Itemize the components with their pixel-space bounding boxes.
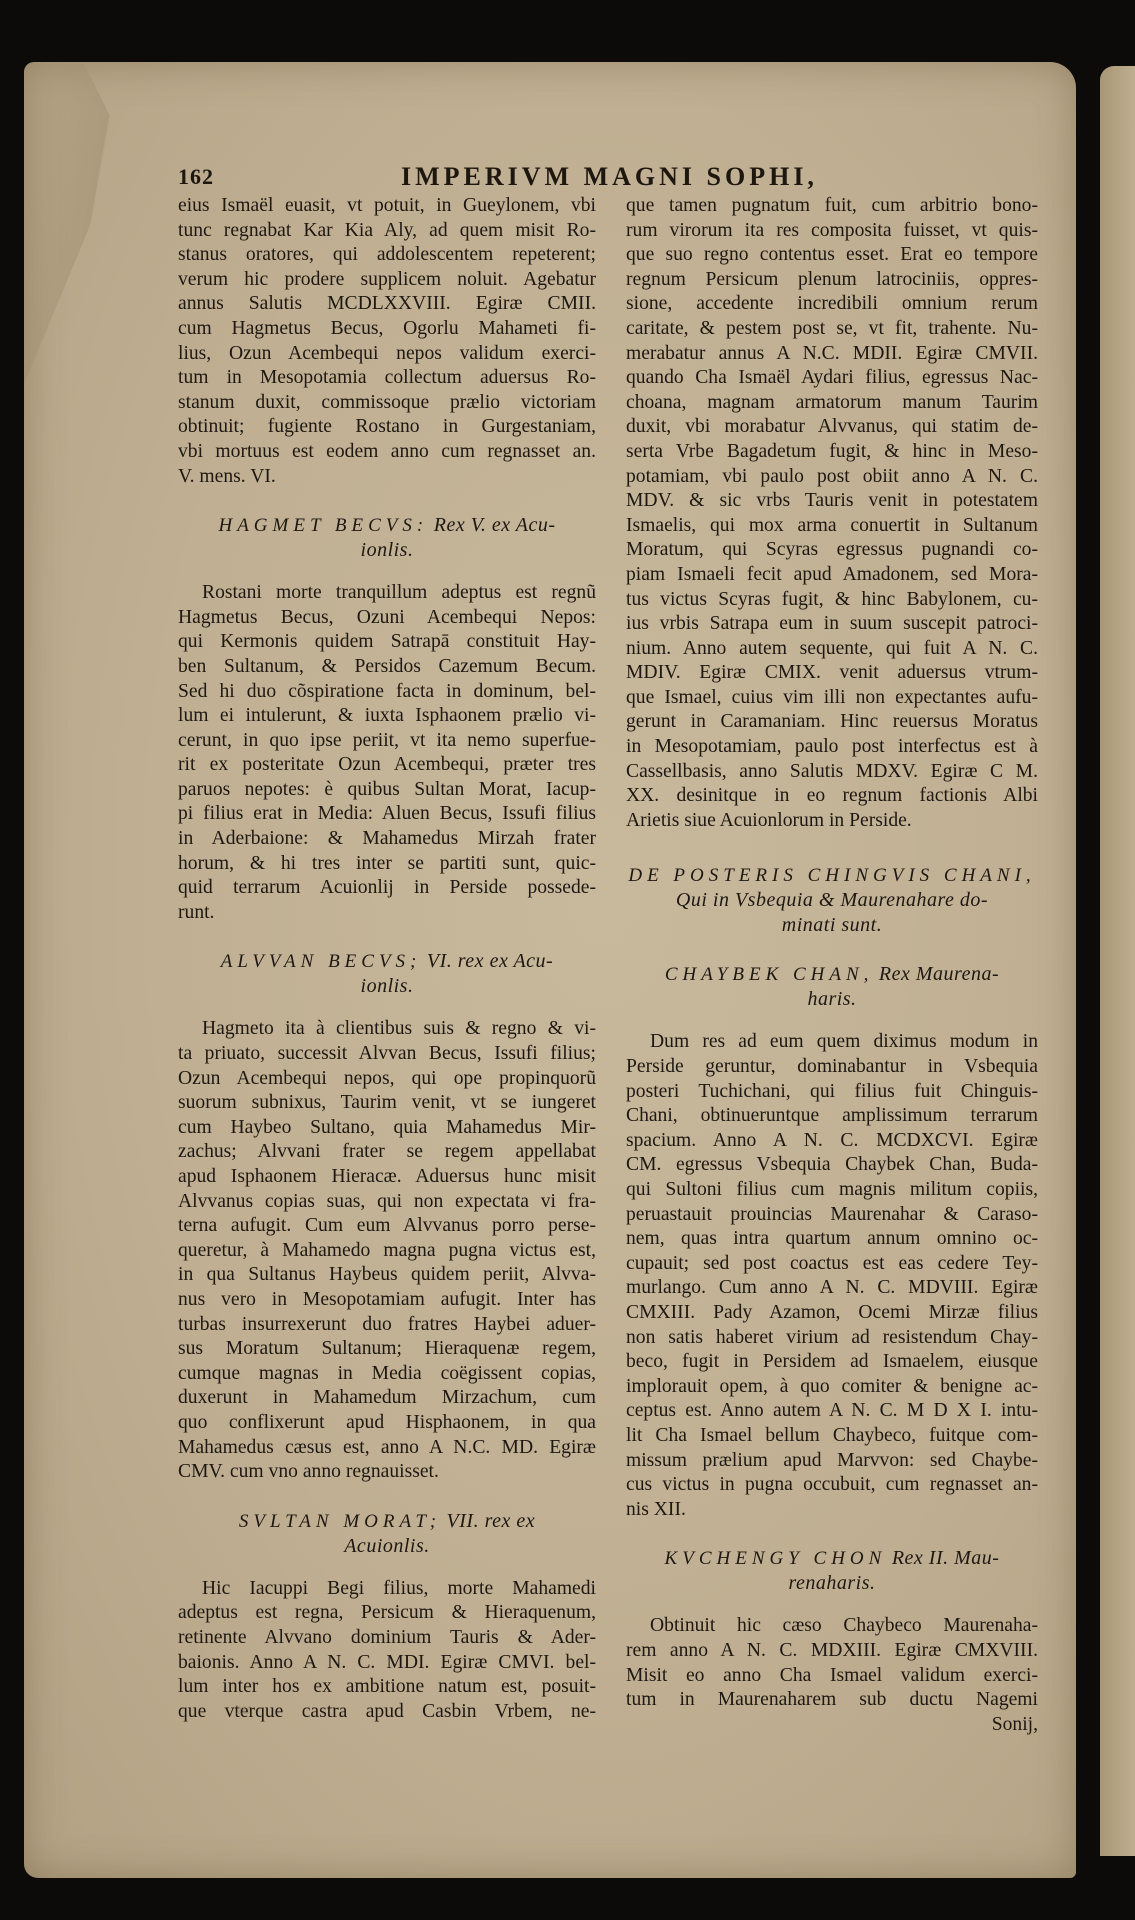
text-line: Perside geruntur, dominabantur in Vsbequ… bbox=[626, 1055, 1038, 1080]
text-line: ceptus est. Anno autem A N. C. M D X I. … bbox=[626, 1399, 1038, 1424]
text-line: Hagmeto ita à clientibus suis & regno & … bbox=[178, 1017, 596, 1042]
text-line: lit Cha Ismael bellum Chaybeco, fuitque … bbox=[626, 1424, 1038, 1449]
paragraph: eius Ismaël euasit, vt potuit, in Gueylo… bbox=[178, 194, 596, 489]
paragraph: Hagmeto ita à clientibus suis & regno & … bbox=[178, 1017, 596, 1484]
text-line: duxit, vbi morabatur Alvvanus, qui stati… bbox=[626, 415, 1038, 440]
text-line: que tamen pugnatum fuit, cum arbitrio bo… bbox=[626, 194, 1038, 219]
paragraph: Obtinuit hic cæso Chaybeco Maurenaha-rem… bbox=[626, 1614, 1038, 1712]
text-line: caritate, & pestem post se, vt fit, trah… bbox=[626, 317, 1038, 342]
text-line: potamiam, vbi paulo post obiit anno A N.… bbox=[626, 465, 1038, 490]
text-line: Misit eo anno Cha Ismael validum exerci- bbox=[626, 1664, 1038, 1689]
text-line: ius vrbis Satrapa eum in suum suscepit p… bbox=[626, 612, 1038, 637]
text-line: murlango. Cum anno A N. C. MDVIII. Egiræ bbox=[626, 1276, 1038, 1301]
text-line: regnum Persicum plenum latrociniis, oppr… bbox=[626, 268, 1038, 293]
text-line: quando Cha Ismaël Aydari filius, egressu… bbox=[626, 366, 1038, 391]
text-line: Hic Iacuppi Begi filius, morte Mahamedi bbox=[178, 1577, 596, 1602]
text-line: stanum duxit, commissoque prælio victori… bbox=[178, 391, 596, 416]
section-heading: HAGMET BECVS: Rex V. ex Acu- ionlis. bbox=[178, 513, 596, 563]
text-line: qui Sultoni filius cum magnis militum co… bbox=[626, 1178, 1038, 1203]
text-line: duxerunt in Mahamedum Mirzachum, cum bbox=[178, 1386, 596, 1411]
text-line: posteri Tuchichani, qui filius fuit Chin… bbox=[626, 1080, 1038, 1105]
text-line: V. mens. VI. bbox=[178, 465, 596, 490]
text-line: Moratum, qui Scyras egressus pugnandi co… bbox=[626, 538, 1038, 563]
text-line: Alvvanus copias suas, qui non expectata … bbox=[178, 1190, 596, 1215]
text-line: CM. egressus Vsbequia Chaybek Chan, Buda… bbox=[626, 1153, 1038, 1178]
section-heading: KVCHENGY CHON Rex II. Mau- renaharis. bbox=[626, 1546, 1038, 1596]
text-line: piam Ismaeli fecit apud Amadonem, sed Mo… bbox=[626, 563, 1038, 588]
text-line: ben Sultanum, & Persidos Cazemum Becum. bbox=[178, 655, 596, 680]
text-line: nis XII. bbox=[626, 1498, 1038, 1523]
text-line: MDIV. Egiræ CMIX. venit aduersus vtrum- bbox=[626, 661, 1038, 686]
text-line: rit ex posteritate Ozun Acembequi, præte… bbox=[178, 753, 596, 778]
running-title: IMPERIVM MAGNI SOPHI, bbox=[401, 162, 818, 192]
text-line: CMXIII. Pady Azamon, Ocemi Mirzæ filius bbox=[626, 1301, 1038, 1326]
text-line: turbas insurrexerunt duo fratres Haybei … bbox=[178, 1313, 596, 1338]
text-line: que suo regno contentus esset. Erat eo t… bbox=[626, 243, 1038, 268]
text-line: lius, Ozun Acembequi nepos validum exerc… bbox=[178, 342, 596, 367]
text-line: vbi mortuus est eodem anno cum regnasset… bbox=[178, 440, 596, 465]
text-line: adeptus est regna, Persicum & Hieraquenu… bbox=[178, 1601, 596, 1626]
text-line: suorum subnixus, Taurim venit, vt se iun… bbox=[178, 1091, 596, 1116]
text-line: Obtinuit hic cæso Chaybeco Maurenaha- bbox=[626, 1614, 1038, 1639]
text-line: eius Ismaël euasit, vt potuit, in Gueylo… bbox=[178, 194, 596, 219]
text-line: merabatur annus A N.C. MDII. Egiræ CMVII… bbox=[626, 342, 1038, 367]
text-line: missum prælium apud Marvvon: sed Chaybe- bbox=[626, 1449, 1038, 1474]
text-line: pi filius erat in Media: Aluen Becus, Is… bbox=[178, 802, 596, 827]
chapter-heading: DE POSTERIS CHINGVIS CHANI, Qui in Vsbeq… bbox=[626, 863, 1038, 938]
text-line: in Aderbaione: & Mahamedus Mirzah frater bbox=[178, 827, 596, 852]
text-line: beco, fugit in Persidem ad Ismaelem, eiu… bbox=[626, 1350, 1038, 1375]
text-line: cupauit; sed post coactus est eas cedere… bbox=[626, 1252, 1038, 1277]
text-line: Sed hi duo cõspiratione facta in dominum… bbox=[178, 680, 596, 705]
text-line: cerunt, in quo ipse periit, vt ita nemo … bbox=[178, 729, 596, 754]
text-line: queretur, à Mahamedo magna pugna victus … bbox=[178, 1239, 596, 1264]
text-line: tum in Maurenaharem sub ductu Nagemi bbox=[626, 1688, 1038, 1713]
text-line: Rostani morte tranquillum adeptus est re… bbox=[178, 581, 596, 606]
section-heading: CHAYBEK CHAN, Rex Maurena- haris. bbox=[626, 962, 1038, 1012]
left-column: eius Ismaël euasit, vt potuit, in Gueylo… bbox=[178, 194, 596, 1724]
text-line: Mahamedus cæsus est, anno A N.C. MD. Egi… bbox=[178, 1436, 596, 1461]
text-line: lum inter hos ex ambitione natum est, po… bbox=[178, 1675, 596, 1700]
text-line: tus victus Scyras fugit, & hinc Babylone… bbox=[626, 588, 1038, 613]
text-line: quo conflixerunt apud Hisphaonem, in qua bbox=[178, 1411, 596, 1436]
text-line: Dum res ad eum quem diximus modum in bbox=[626, 1030, 1038, 1055]
text-line: stanus oratores, qui addolescentem repet… bbox=[178, 243, 596, 268]
text-line: ta priuato, successit Alvvan Becus, Issu… bbox=[178, 1042, 596, 1067]
text-line: Arietis siue Acuionlorum in Perside. bbox=[626, 809, 1038, 834]
text-line: baionis. Anno A N. C. MDI. Egiræ CMVI. b… bbox=[178, 1651, 596, 1676]
section-heading: SVLTAN MORAT; VII. rex ex Acuionlis. bbox=[178, 1509, 596, 1559]
text-line: cum Hagmetus Becus, Ogorlu Mahameti fi- bbox=[178, 317, 596, 342]
text-line: Ismaelis, qui mox arma conuertit in Sult… bbox=[626, 514, 1038, 539]
text-line: sione, accedente incredibili omnium reru… bbox=[626, 292, 1038, 317]
paragraph: Rostani morte tranquillum adeptus est re… bbox=[178, 581, 596, 925]
gutter-shadow bbox=[1076, 62, 1100, 1878]
paragraph: Dum res ad eum quem diximus modum inPers… bbox=[626, 1030, 1038, 1522]
text-line: Chani, obtinueruntque amplissimum terrar… bbox=[626, 1104, 1038, 1129]
text-line: serta Vrbe Bagadetum fugit, & hinc in Me… bbox=[626, 440, 1038, 465]
text-line: peruastauit prouincias Maurenahar & Cara… bbox=[626, 1203, 1038, 1228]
text-line: CMV. cum vno anno regnauisset. bbox=[178, 1460, 596, 1485]
text-line: nem, quas intra quartum annum omnino oc- bbox=[626, 1227, 1038, 1252]
text-line: horum, & hi tres inter se partiti sunt, … bbox=[178, 852, 596, 877]
text-line: XX. desinitque in eo regnum factionis Al… bbox=[626, 784, 1038, 809]
text-line: Hagmetus Becus, Ozuni Acembequi Nepos: bbox=[178, 606, 596, 631]
text-line: nium. Anno autem sequente, qui fuit A N.… bbox=[626, 637, 1038, 662]
text-line: rum virorum ita res composita fuisset, v… bbox=[626, 219, 1038, 244]
text-line: Cassellbasis, anno Salutis MDXV. Egiræ C… bbox=[626, 760, 1038, 785]
text-line: Ozun Acembequi nepos, qui ope propinquor… bbox=[178, 1067, 596, 1092]
text-line: nus vero in Mesopotamiam aufugit. Inter … bbox=[178, 1288, 596, 1313]
text-line: gerunt in Caramaniam. Hinc reuersus Mora… bbox=[626, 710, 1038, 735]
text-line: quid terrarum Acuionlij in Perside posse… bbox=[178, 876, 596, 901]
text-line: cum Haybeo Sultano, quia Mahamedus Mir- bbox=[178, 1116, 596, 1141]
text-line: obtinuit; fugiente Rostano in Gurgestani… bbox=[178, 415, 596, 440]
text-line: spacium. Anno A N. C. MCDXCVI. Egiræ bbox=[626, 1129, 1038, 1154]
page-number: 162 bbox=[178, 164, 214, 190]
text-line: non satis haberet virium ad resistendum … bbox=[626, 1326, 1038, 1351]
text-line: paruos nepotes: è quibus Sultan Morat, I… bbox=[178, 778, 596, 803]
text-line: qui Kermonis quidem Satrapā constituit H… bbox=[178, 630, 596, 655]
text-line: runt. bbox=[178, 901, 596, 926]
text-line: in Mesopotamiam, paulo post interfectus … bbox=[626, 735, 1038, 760]
text-line: terna aufugit. Cum eum Alvvanus porro pe… bbox=[178, 1214, 596, 1239]
text-line: apud Isphaonem Hieracæ. Aduersus hunc mi… bbox=[178, 1165, 596, 1190]
section-heading: ALVVAN BECVS; VI. rex ex Acu- ionlis. bbox=[178, 949, 596, 999]
text-line: verum hic prodere supplicem noluit. Ageb… bbox=[178, 268, 596, 293]
text-line: tum in Mesopotamia collectum aduersus Ro… bbox=[178, 366, 596, 391]
text-line: MDV. & sic vrbs Tauris venit in potestat… bbox=[626, 489, 1038, 514]
text-line: annus Salutis MCDLXXVIII. Egiræ CMII. bbox=[178, 292, 596, 317]
text-line: rem anno A N. C. MDXIII. Egiræ CMXVIII. bbox=[626, 1639, 1038, 1664]
page-header: 162 IMPERIVM MAGNI SOPHI, bbox=[166, 162, 1066, 192]
text-line: tunc regnabat Kar Kia Aly, ad quem misit… bbox=[178, 219, 596, 244]
text-line: in qua Sultanus Haybeus quidem periit, A… bbox=[178, 1263, 596, 1288]
text-line: choana, magnam armatorum manum Taurim bbox=[626, 391, 1038, 416]
text-line: sus Moratum Sultanum; Hieraquenæ regem, bbox=[178, 1337, 596, 1362]
paragraph: que tamen pugnatum fuit, cum arbitrio bo… bbox=[626, 194, 1038, 833]
text-line: retinente Alvvano dominium Tauris & Ader… bbox=[178, 1626, 596, 1651]
right-column: que tamen pugnatum fuit, cum arbitrio bo… bbox=[626, 194, 1038, 1737]
text-line: cumque magnas in Media coëgissent copias… bbox=[178, 1362, 596, 1387]
text-line: implorauit opem, à quo comiter & benigne… bbox=[626, 1375, 1038, 1400]
text-line: lum ei intulerunt, & iuxta Isphaonem præ… bbox=[178, 704, 596, 729]
text-line: que Ismael, cuius vim illi non expectant… bbox=[626, 686, 1038, 711]
text-line: zachus; Alvvani frater se regem appellab… bbox=[178, 1140, 596, 1165]
text-line: cus victus in pugna occubuit, cum regnas… bbox=[626, 1473, 1038, 1498]
catchword: Sonij, bbox=[626, 1713, 1038, 1738]
bleed-through-marks: 2U bbox=[236, 1703, 251, 1718]
facing-page-edge bbox=[1100, 66, 1135, 1856]
